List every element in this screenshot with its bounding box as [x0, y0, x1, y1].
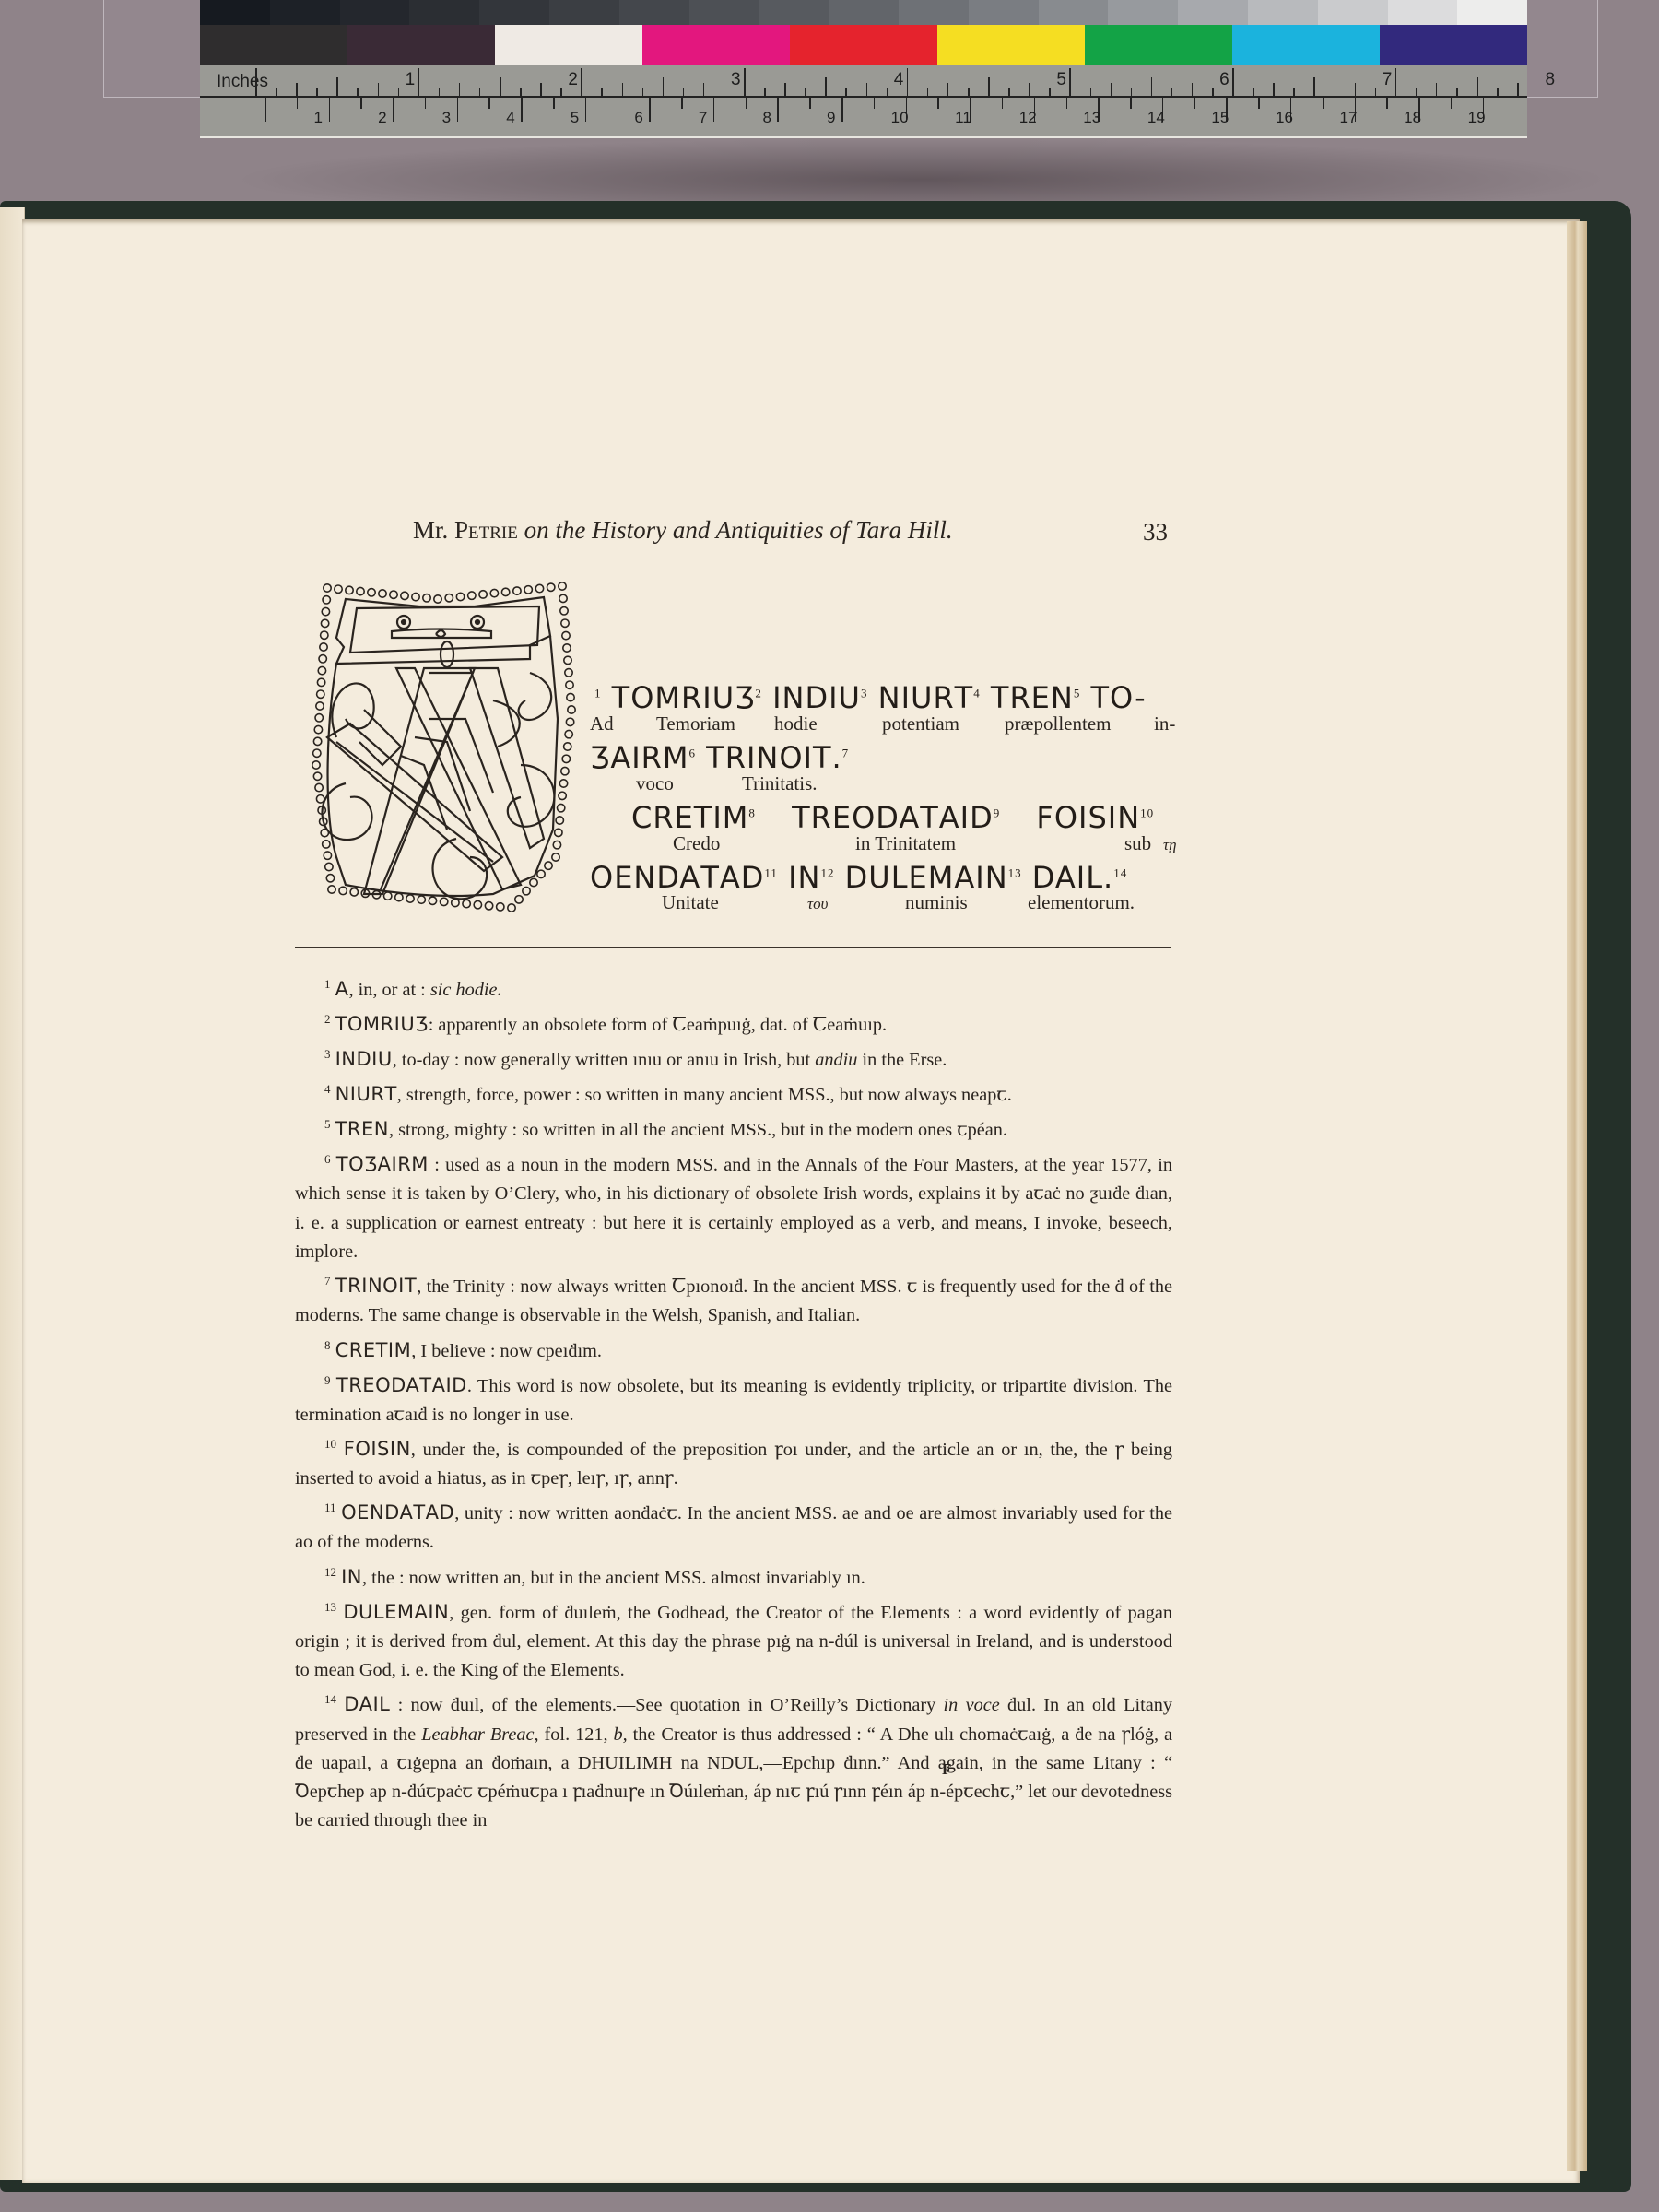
ruler-tick — [809, 98, 811, 109]
ruler-tick — [1253, 88, 1254, 96]
ruler-tick — [744, 68, 746, 96]
ruler-tick — [663, 77, 665, 96]
ruler-tick — [642, 88, 644, 96]
cm-label: 10 — [891, 109, 909, 127]
ruler-tick — [296, 83, 298, 96]
footnote-2: 2 ТOMRIUƷ: apparently an obsolete form o… — [295, 1005, 1172, 1040]
ruler-tick — [601, 88, 603, 96]
ruler-tick — [1386, 98, 1388, 109]
ruler-tick — [907, 68, 909, 96]
color-patch — [1085, 25, 1232, 66]
gloss-word: Ad — [590, 712, 614, 735]
ruler-tick — [1130, 98, 1132, 109]
ruler-tick — [825, 77, 827, 96]
ruler-tick — [1111, 83, 1112, 96]
ruler-tick — [649, 98, 651, 122]
verse-line-1: 1 ТОМRIUƷ2 INDIU3 NIURТ4 ТREN5 ТO- — [594, 680, 1147, 715]
ruler-tick — [1066, 98, 1068, 109]
irish-word: ТОМRIUƷ — [612, 680, 756, 715]
greek-word: του — [807, 895, 828, 913]
ruler-tick — [457, 98, 459, 122]
gloss-word: numinis — [905, 891, 968, 914]
gray-patch — [1248, 0, 1318, 25]
ruler-tick — [425, 98, 427, 109]
cm-label: 12 — [1019, 109, 1037, 127]
footnote-14: 14 DAIL : now ḋuıl, of the elements.—See… — [295, 1685, 1172, 1835]
ruler-tick — [459, 83, 461, 96]
ruler-tick — [1335, 88, 1336, 96]
ruler-tick — [316, 88, 318, 96]
ruler-tick — [622, 83, 624, 96]
footnote-4: 4 NIURТ, strength, force, power : so wri… — [295, 1075, 1172, 1110]
gray-patch — [549, 0, 619, 25]
gloss-word: hodie — [774, 712, 818, 735]
ruler-tick — [784, 83, 786, 96]
footnote-ref: 14 — [1113, 865, 1127, 879]
ruler-tick — [683, 88, 685, 96]
ruler-tick — [1212, 88, 1214, 96]
gray-patch — [899, 0, 969, 25]
ruler-tick — [360, 98, 362, 109]
cm-label: 6 — [634, 109, 642, 127]
irish-word: FOISIN — [1036, 800, 1140, 835]
cm-label: 11 — [955, 109, 971, 127]
cm-label: 13 — [1083, 109, 1100, 127]
footnote-ref: 8 — [748, 806, 756, 819]
gloss-word: in- — [1154, 712, 1175, 735]
ruler-tick — [845, 88, 847, 96]
ruler-tick — [1395, 68, 1397, 96]
ruler-tick — [1416, 88, 1418, 96]
verse-line-2: ƷAIRM6 ТRINOIТ.7 — [590, 740, 849, 775]
gray-patch — [270, 0, 340, 25]
signature-mark: F — [942, 1760, 951, 1779]
gray-patch — [619, 0, 689, 25]
ruler-tick — [329, 98, 331, 122]
gray-patch — [1108, 0, 1178, 25]
verse-footnote-ref: 1 — [594, 686, 602, 700]
footnote-11: 11 OENDAТAD, unity : now written aonḋaċꞇ… — [295, 1493, 1172, 1557]
page-stack-edge — [1567, 221, 1587, 2171]
verse-line-3: CREТIM8 ТREODAТAID9 FOISIN10 — [631, 800, 1154, 835]
ruler-tick — [724, 88, 725, 96]
gloss-word: Temoriam — [656, 712, 735, 735]
footnote-10: 10 FOISIN, under the, is compounded of t… — [295, 1430, 1172, 1493]
gray-patch — [200, 0, 270, 25]
color-calibration-target: Inches 123456781234567891011121314151617… — [200, 0, 1527, 136]
ruler-tick — [439, 88, 441, 96]
color-patch — [790, 25, 937, 66]
ruler-tick — [968, 88, 970, 96]
irish-word: DAIL. — [1032, 860, 1113, 895]
running-title: on the History and Antiquities of Tara H… — [524, 516, 953, 544]
ruler-tick — [276, 88, 277, 96]
ruler-tick — [1029, 83, 1030, 96]
ruler-tick — [1436, 83, 1438, 96]
ruler-tick — [1131, 88, 1133, 96]
ruler-tick — [937, 98, 939, 109]
gloss-word: voco — [636, 772, 674, 795]
footnote-ref: 13 — [1008, 865, 1022, 879]
gray-patch — [1178, 0, 1248, 25]
gray-patch — [1388, 0, 1458, 25]
ruler-tick — [520, 88, 522, 96]
ruler-tick — [1090, 88, 1092, 96]
irish-word: ТREODAТAID — [792, 800, 994, 835]
ruler-tick — [988, 77, 990, 96]
ruler-tick — [1258, 98, 1260, 109]
footnote-3: 3 INDIU, to-day : now generally written … — [295, 1040, 1172, 1075]
ruler-tick — [713, 98, 715, 122]
gloss-word: sub — [1124, 832, 1151, 855]
footnote-1: 1 A, in, or at : sic hodie. — [295, 970, 1172, 1005]
ruler-tick — [1171, 88, 1173, 96]
ruler-tick — [887, 88, 888, 96]
ruler-tick — [297, 98, 299, 109]
irish-word: ТO- — [1091, 680, 1147, 715]
color-patch — [200, 25, 347, 66]
ruler-tick — [1323, 98, 1324, 109]
verse-line-4: OENDAТAD11 IN12 DULEMAIN13 DAIL.14 — [590, 860, 1127, 895]
left-page-edge — [0, 207, 25, 2180]
footnote-separator-rule — [295, 947, 1171, 948]
ruler-tick — [1194, 98, 1196, 109]
irish-word: INDIU — [772, 680, 861, 715]
ruler-tick — [618, 98, 619, 109]
footnote-ref: 10 — [1140, 806, 1154, 819]
inch-label: 6 — [1219, 70, 1230, 90]
ruler-tick — [1497, 88, 1499, 96]
ruler-tick — [255, 68, 257, 96]
color-patch — [1380, 25, 1527, 66]
color-patch — [1232, 25, 1380, 66]
ruler-tick — [1375, 88, 1377, 96]
ruler-tick — [488, 98, 490, 109]
irish-word: ТREN — [991, 680, 1074, 715]
author-prefix: Mr. — [413, 516, 448, 544]
gray-patch — [969, 0, 1039, 25]
footnote-12: 12 IN, the : now written an, but in the … — [295, 1558, 1172, 1593]
gray-patch — [759, 0, 829, 25]
irish-word: OENDAТAD — [590, 860, 764, 895]
ruler-tick — [398, 88, 400, 96]
cm-label: 19 — [1468, 109, 1486, 127]
ruler-tick — [681, 98, 683, 109]
inch-label: 5 — [1056, 70, 1066, 90]
cm-label: 14 — [1147, 109, 1165, 127]
cm-label: 3 — [442, 109, 451, 127]
ruler-tick — [866, 83, 868, 96]
ruler-tick — [265, 98, 266, 122]
footnote-ref: 3 — [861, 686, 868, 700]
ruler-tick — [927, 88, 929, 96]
footnote-5: 5 ТREN, strong, mighty : so written in a… — [295, 1110, 1172, 1145]
inch-label: 7 — [1382, 70, 1393, 90]
footnote-ref: 2 — [755, 686, 762, 700]
ruler-tick — [1517, 83, 1519, 96]
ruler-tick — [1313, 77, 1315, 96]
ruler-tick — [947, 83, 949, 96]
cm-label: 8 — [762, 109, 771, 127]
footnote-8: 8 CREТIM, I believe : now cpeıḋım. — [295, 1331, 1172, 1366]
gray-patch — [1457, 0, 1527, 25]
ruler-tick — [521, 98, 523, 122]
ruler-tick — [1192, 83, 1194, 96]
ruler-tick — [1151, 77, 1153, 96]
footnote-ref: 5 — [1074, 686, 1081, 700]
irish-word: CREТIM — [631, 800, 748, 835]
inch-label: 1 — [406, 70, 416, 90]
inch-label: 2 — [568, 70, 578, 90]
cm-label: 17 — [1340, 109, 1358, 127]
ruler-tick — [1008, 88, 1010, 96]
cm-label: 4 — [506, 109, 514, 127]
inch-label: 3 — [731, 70, 741, 90]
ruler-tick — [746, 98, 747, 109]
ruler-tick — [585, 98, 587, 122]
footnotes: 1 A, in, or at : sic hodie. 2 ТOMRIUƷ: a… — [295, 970, 1172, 1836]
running-head: Mr. Petrie on the History and Antiquitie… — [413, 516, 1178, 553]
ruler-tick — [764, 88, 766, 96]
footnote-6: 6 ТOƷAIRM : used as a noun in the modern… — [295, 1145, 1172, 1266]
ruler-tick — [841, 98, 843, 122]
gloss-word: Credo — [673, 832, 720, 855]
ruler-midline — [200, 96, 1527, 98]
gray-patch — [1318, 0, 1388, 25]
color-patch — [347, 25, 495, 66]
irish-word: ТRINOIТ. — [706, 740, 842, 775]
footnote-ref: 11 — [764, 865, 778, 879]
ruler-tick — [1069, 68, 1071, 96]
gray-patch — [479, 0, 549, 25]
ruler-tick — [500, 77, 501, 96]
illuminated-initial-t-icon — [309, 581, 585, 917]
inch-label: 4 — [894, 70, 904, 90]
footnote-ref: 9 — [994, 806, 1001, 819]
gray-patch — [340, 0, 410, 25]
author-name: Petrie — [454, 516, 518, 544]
gloss-word: potentiam — [882, 712, 959, 735]
ruler-tick — [357, 88, 359, 96]
measurement-ruler: Inches 123456781234567891011121314151617… — [200, 65, 1527, 138]
footnote-ref: 4 — [973, 686, 981, 700]
ruler-tick — [1477, 77, 1478, 96]
ruler-tick — [378, 83, 380, 96]
ruler-tick — [777, 98, 779, 122]
ruler-tick — [874, 98, 876, 109]
ruler-units-label: Inches — [217, 72, 268, 92]
gloss-word: Unitate — [662, 891, 719, 914]
footnote-ref: 12 — [820, 865, 834, 879]
ruler-tick — [703, 83, 705, 96]
ruler-tick — [1293, 88, 1295, 96]
ruler-tick — [553, 98, 555, 109]
greek-word: τῃ — [1163, 836, 1177, 854]
gray-patch — [829, 0, 899, 25]
footnote-7: 7 ТRINOIТ, the Trinity : now always writ… — [295, 1266, 1172, 1330]
cm-label: 1 — [314, 109, 323, 127]
ruler-tick — [393, 98, 394, 122]
footnote-9: 9 ТREODAТAID. This word is now obsolete,… — [295, 1366, 1172, 1430]
ruler-tick — [1002, 98, 1004, 109]
cm-label: 5 — [571, 109, 579, 127]
ruler-tick — [581, 68, 582, 96]
cm-label: 9 — [827, 109, 835, 127]
gloss-word: præpollentem — [1005, 712, 1111, 735]
gray-patch — [689, 0, 759, 25]
ruler-tick — [540, 83, 542, 96]
irish-word: IN — [788, 860, 820, 895]
color-patch — [937, 25, 1085, 66]
gloss-word: Trinitatis. — [742, 772, 818, 795]
cm-label: 18 — [1404, 109, 1421, 127]
color-patch — [642, 25, 790, 66]
cm-label: 2 — [378, 109, 386, 127]
gloss-word: in Trinitatem — [855, 832, 956, 855]
irish-word: NIURТ — [878, 680, 974, 715]
gray-patch — [1039, 0, 1109, 25]
ruler-tick — [1451, 98, 1453, 109]
ruler-tick — [1049, 88, 1051, 96]
ruler-tick — [418, 68, 420, 96]
ruler-tick — [805, 88, 806, 96]
irish-word: ƷAIRM — [590, 740, 688, 775]
cm-label: 7 — [699, 109, 707, 127]
grayscale-strip — [200, 0, 1527, 25]
ruler-tick — [1232, 68, 1234, 96]
gray-patch — [409, 0, 479, 25]
cm-label: 16 — [1276, 109, 1293, 127]
footnote-13: 13 DULEMAIN, gen. form of ḋuıleṁ, the Go… — [295, 1593, 1172, 1686]
ruler-tick — [336, 77, 338, 96]
inch-label: 8 — [1545, 70, 1555, 90]
footnote-ref: 6 — [688, 746, 696, 759]
color-patches — [200, 25, 1527, 66]
footnote-ref: 7 — [842, 746, 850, 759]
cm-label: 15 — [1211, 109, 1229, 127]
ruler-tick — [1355, 83, 1357, 96]
irish-word: DULEMAIN — [845, 860, 1008, 895]
ruler-tick — [1456, 88, 1458, 96]
page-number: 33 — [1143, 518, 1168, 547]
color-patch — [495, 25, 642, 66]
gloss-word: elementorum. — [1028, 891, 1135, 914]
ruler-tick — [1273, 83, 1275, 96]
ruler-tick — [560, 88, 562, 96]
ruler-tick — [479, 88, 481, 96]
